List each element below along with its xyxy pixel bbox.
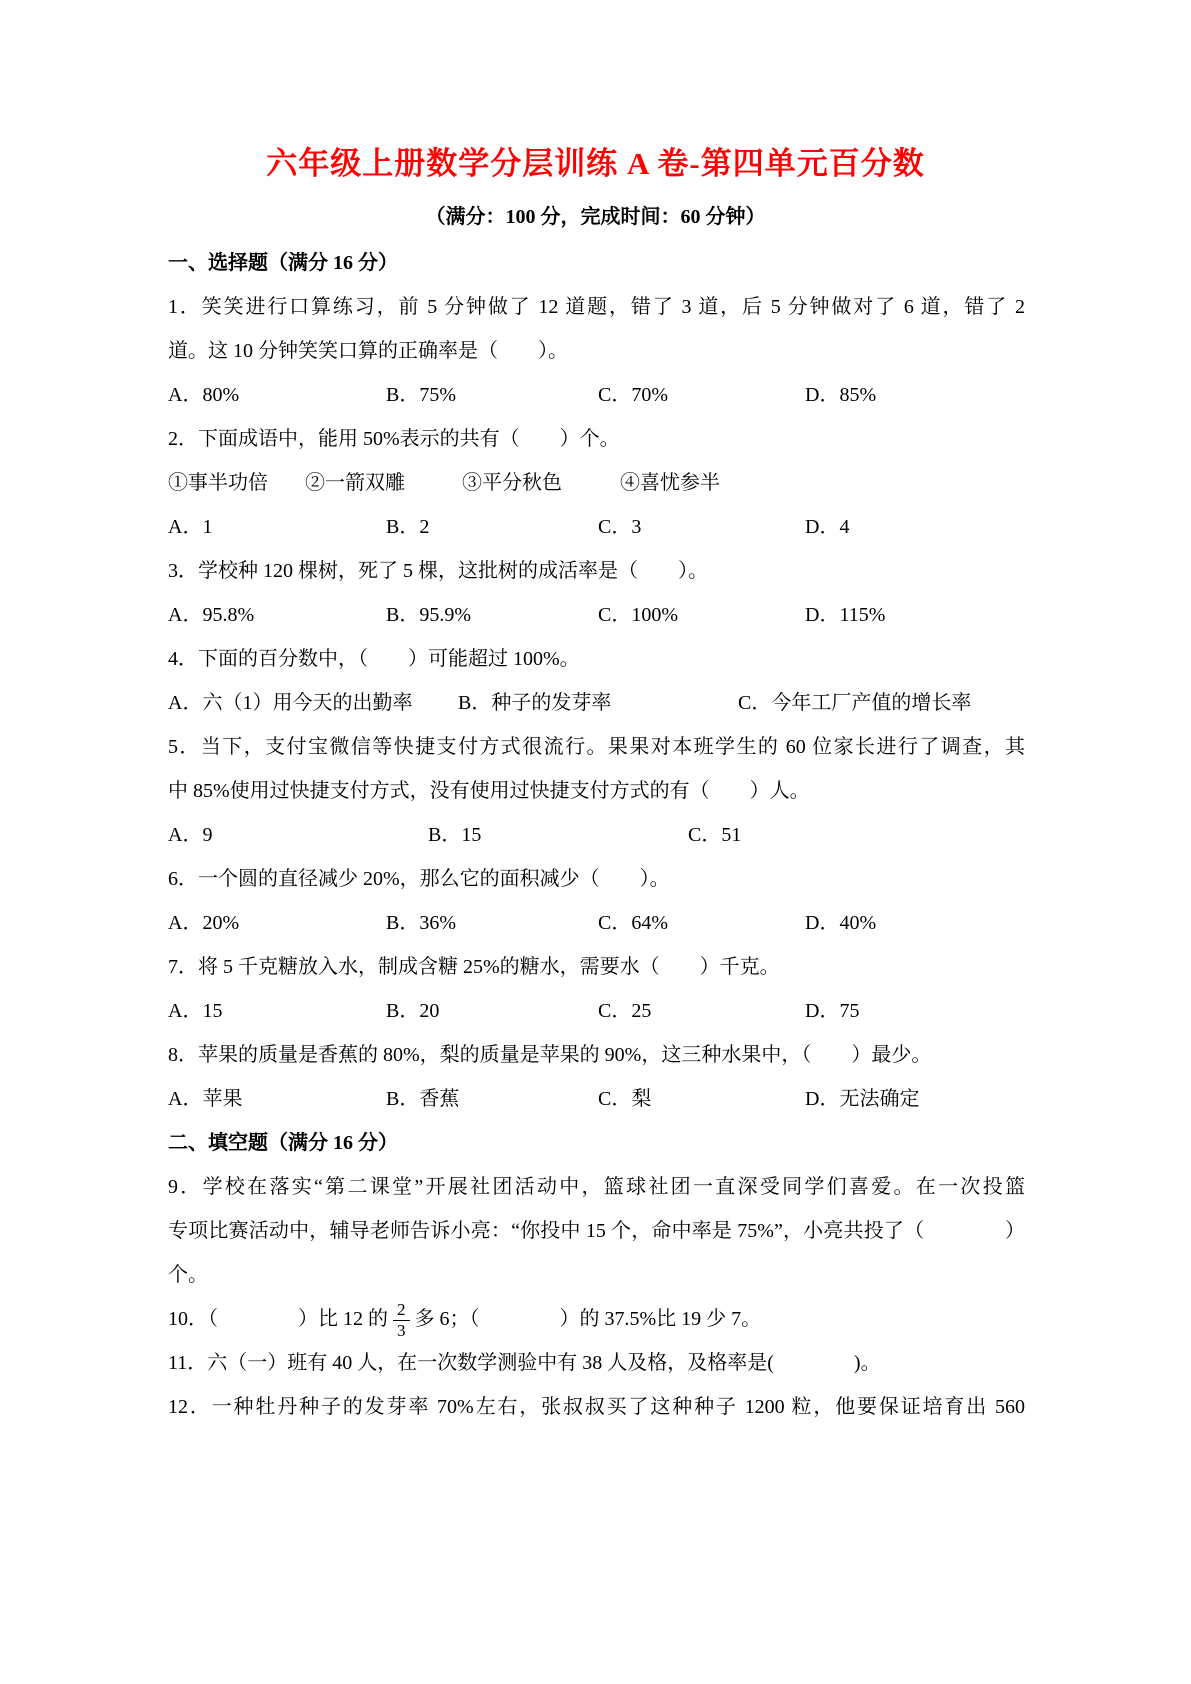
q8-option-a: A．苹果 — [168, 1077, 386, 1121]
question-7-options: A．15 B．20 C．25 D．75 — [168, 989, 1025, 1033]
question-11-text: 11．六（一）班有 40 人，在一次数学测验中有 38 人及格，及格率是( )。 — [168, 1341, 1025, 1385]
q2-option-a: A．1 — [168, 505, 386, 549]
q6-option-d: D．40% — [805, 901, 1025, 945]
q1-option-a: A．80% — [168, 373, 386, 417]
page-subtitle: （满分：100 分，完成时间：60 分钟） — [0, 200, 1191, 229]
q6-option-c: C．64% — [598, 901, 805, 945]
fraction-two-thirds: 23 — [393, 1300, 410, 1340]
q1-option-d: D．85% — [805, 373, 1025, 417]
question-1-line-2: 道。这 10 分钟笑笑口算的正确率是（ ）。 — [168, 329, 1025, 373]
question-7-text: 7．将 5 千克糖放入水，制成含糖 25%的糖水，需要水（ ）千克。 — [168, 945, 1025, 989]
question-12-text: 12．一种牡丹种子的发芽率 70%左右，张叔叔买了这种种子 1200 粒，他要保… — [168, 1385, 1025, 1429]
q2-idiom-4: ④喜忧参半 — [620, 461, 1025, 505]
q8-option-c: C．梨 — [598, 1077, 805, 1121]
q5-option-a: A．9 — [168, 813, 428, 857]
question-1-options: A．80% B．75% C．70% D．85% — [168, 373, 1025, 417]
q3-option-d: D．115% — [805, 593, 1025, 637]
page-title: 六年级上册数学分层训练 A 卷-第四单元百分数 — [0, 138, 1191, 183]
q2-option-d: D．4 — [805, 505, 1025, 549]
q8-option-b: B．香蕉 — [386, 1077, 598, 1121]
question-5-options: A．9 B．15 C．51 — [168, 813, 1025, 857]
q7-option-c: C．25 — [598, 989, 805, 1033]
section-1-heading: 一、选择题（满分 16 分） — [168, 241, 1025, 285]
worksheet-body: 一、选择题（满分 16 分） 1．笑笑进行口算练习，前 5 分钟做了 12 道题… — [168, 241, 1025, 1429]
question-9-line-2: 专项比赛活动中，辅导老师告诉小亮：“你投中 15 个，命中率是 75%”，小亮共… — [168, 1209, 1025, 1253]
q7-option-a: A．15 — [168, 989, 386, 1033]
section-2-heading: 二、填空题（满分 16 分） — [168, 1121, 1025, 1165]
q6-option-a: A．20% — [168, 901, 386, 945]
question-2-text: 2．下面成语中，能用 50%表示的共有（ ）个。 — [168, 417, 1025, 461]
question-8-options: A．苹果 B．香蕉 C．梨 D．无法确定 — [168, 1077, 1025, 1121]
question-3-text: 3．学校种 120 棵树，死了 5 棵，这批树的成活率是（ ）。 — [168, 549, 1025, 593]
q8-option-d: D．无法确定 — [805, 1077, 1025, 1121]
q6-option-b: B．36% — [386, 901, 598, 945]
q4-option-c: C．今年工厂产值的增长率 — [738, 681, 1025, 725]
q3-option-c: C．100% — [598, 593, 805, 637]
q1-option-c: C．70% — [598, 373, 805, 417]
worksheet-page: 六年级上册数学分层训练 A 卷-第四单元百分数 （满分：100 分，完成时间：6… — [0, 0, 1191, 1684]
fraction-numerator: 2 — [397, 1300, 406, 1320]
q2-idiom-2: ②一箭双雕 — [305, 461, 462, 505]
q4-option-a: A．六（1）用今天的出勤率 — [168, 681, 458, 725]
question-2-idioms: ①事半功倍 ②一箭双雕 ③平分秋色 ④喜忧参半 — [168, 461, 1025, 505]
q3-option-b: B．95.9% — [386, 593, 598, 637]
question-8-text: 8．苹果的质量是香蕉的 80%，梨的质量是苹果的 90%，这三种水果中，（ ）最… — [168, 1033, 1025, 1077]
question-4-text: 4．下面的百分数中，（ ）可能超过 100%。 — [168, 637, 1025, 681]
question-10-line: 10．（ ）比 12 的23多 6；（ ）的 37.5%比 19 少 7。 — [168, 1297, 1025, 1341]
question-2-options: A．1 B．2 C．3 D．4 — [168, 505, 1025, 549]
q7-option-b: B．20 — [386, 989, 598, 1033]
q7-option-d: D．75 — [805, 989, 1025, 1033]
q10-pre-text: 10．（ ）比 12 的 — [168, 1308, 388, 1330]
q5-option-c: C．51 — [688, 813, 1025, 857]
q3-option-a: A．95.8% — [168, 593, 386, 637]
question-9-line-3: 个。 — [168, 1253, 1025, 1297]
q4-option-b: B．种子的发芽率 — [458, 681, 738, 725]
question-6-text: 6．一个圆的直径减少 20%，那么它的面积减少（ ）。 — [168, 857, 1025, 901]
question-6-options: A．20% B．36% C．64% D．40% — [168, 901, 1025, 945]
q2-option-c: C．3 — [598, 505, 805, 549]
question-5-line-2: 中 85%使用过快捷支付方式，没有使用过快捷支付方式的有（ ）人。 — [168, 769, 1025, 813]
q2-idiom-3: ③平分秋色 — [462, 461, 620, 505]
q2-option-b: B．2 — [386, 505, 598, 549]
question-5-line-1: 5．当下，支付宝微信等快捷支付方式很流行。果果对本班学生的 60 位家长进行了调… — [168, 725, 1025, 769]
question-9-line-1: 9．学校在落实“第二课堂”开展社团活动中，篮球社团一直深受同学们喜爱。在一次投篮 — [168, 1165, 1025, 1209]
q10-post-text: 多 6；（ ）的 37.5%比 19 少 7。 — [415, 1308, 762, 1330]
q1-option-b: B．75% — [386, 373, 598, 417]
question-1-line-1: 1．笑笑进行口算练习，前 5 分钟做了 12 道题，错了 3 道，后 5 分钟做… — [168, 285, 1025, 329]
q2-idiom-1: ①事半功倍 — [168, 461, 305, 505]
question-3-options: A．95.8% B．95.9% C．100% D．115% — [168, 593, 1025, 637]
question-4-options: A．六（1）用今天的出勤率 B．种子的发芽率 C．今年工厂产值的增长率 — [168, 681, 1025, 725]
fraction-denominator: 3 — [393, 1320, 410, 1341]
q5-option-b: B．15 — [428, 813, 688, 857]
